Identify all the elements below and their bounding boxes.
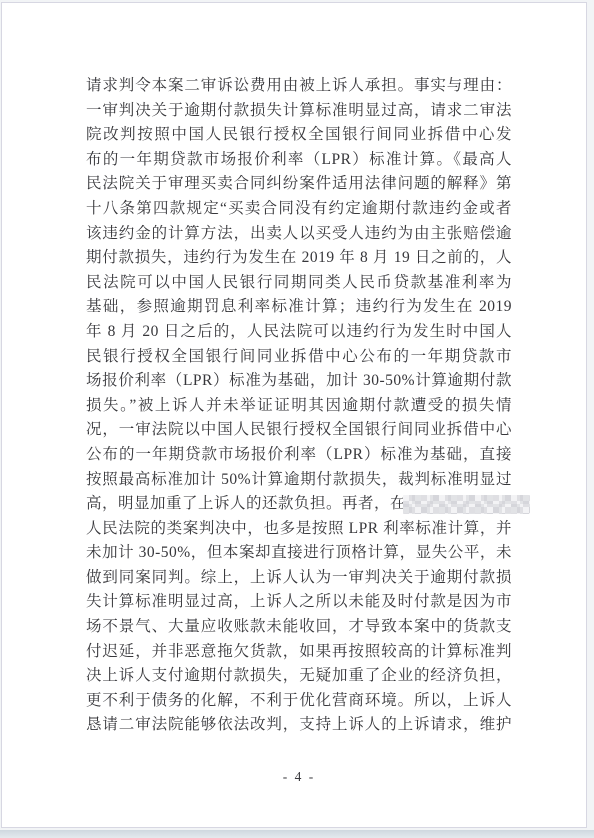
scan-bottom-edge [0, 830, 594, 838]
text-line: 人民法院的类案判决中，也多是按照 LPR 利率标准计算，并 [86, 517, 512, 542]
text-line: 况，一审法院以中国人民银行授权全国银行间同业拆借中心 [86, 418, 512, 443]
text-line: 一审判决关于逾期付款损失计算标准明显过高，请求二审法 [86, 99, 512, 124]
redaction-blur [403, 495, 530, 514]
page-number: - 4 - [86, 769, 512, 785]
text-line: 未加计 30-50%，但本案却直接进行顶格计算，显失公平，未 [86, 541, 512, 566]
document-text: 请求判令本案二审诉讼费用由被上诉人承担。事实与理由：一审判决关于逾期付款损失计算… [86, 74, 512, 738]
text-line: 更不利于债务的化解，不利于优化营商环境。所以，上诉人 [86, 689, 512, 714]
text-line: 失计算标准明显过高，上诉人之所以未能及时付款是因为市 [86, 590, 512, 615]
text-line: 基础，参照逾期罚息利率标准计算；违约行为发生在 2019 [86, 295, 512, 320]
text-line: 年 8 月 20 日之后的，人民法院可以违约行为发生时中国人 [86, 320, 512, 345]
text-line: 公布的一年期贷款市场报价利率（LPR）标准为基础，直接 [86, 443, 512, 468]
text-line: 决上诉人支付逾期付款损失，无疑加重了企业的经济负担， [86, 664, 512, 689]
text-line: 高，明显加重了上诉人的还款负担。再者，在 [86, 492, 512, 517]
text-line: 恳请二审法院能够依法改判，支持上诉人的上诉请求，维护 [86, 713, 512, 738]
document-page: 请求判令本案二审诉讼费用由被上诉人承担。事实与理由：一审判决关于逾期付款损失计算… [1, 2, 587, 828]
text-line: 院改判按照中国人民银行授权全国银行间同业拆借中心发 [86, 123, 512, 148]
text-line: 民法院可以中国人民银行同期同类人民币贷款基准利率为 [86, 271, 512, 296]
text-line: 做到同案同判。综上，上诉人认为一审判决关于逾期付款损 [86, 566, 512, 591]
text-line: 民法院关于审理买卖合同纠纷案件适用法律问题的解释》第 [86, 172, 512, 197]
text-line: 请求判令本案二审诉讼费用由被上诉人承担。事实与理由： [86, 74, 512, 99]
text-line: 十八条第四款规定“买卖合同没有约定逾期付款违约金或者 [86, 197, 512, 222]
text-line: 期付款损失，违约行为发生在 2019 年 8 月 19 日之前的，人 [86, 246, 512, 271]
text-line: 该违约金的计算方法，出卖人以买受人违约为由主张赔偿逾 [86, 222, 512, 247]
text-line: 布的一年期贷款市场报价利率（LPR）标准计算。《最高人 [86, 148, 512, 173]
text-line: 场不景气、大量应收账款未能收回，才导致本案中的货款支 [86, 615, 512, 640]
text-line: 场报价利率（LPR）标准为基础，加计 30-50%计算逾期付款 [86, 369, 512, 394]
text-line: 民银行授权全国银行间同业拆借中心公布的一年期贷款市 [86, 345, 512, 370]
text-line: 付迟延，并非恶意拖欠货款，如果再按照较高的计算标准判 [86, 640, 512, 665]
text-line: 按照最高标准加计 50%计算逾期付款损失，裁判标准明显过 [86, 468, 512, 493]
text-line: 损失。”被上诉人并未举证证明其因逾期付款遭受的损失情 [86, 394, 512, 419]
